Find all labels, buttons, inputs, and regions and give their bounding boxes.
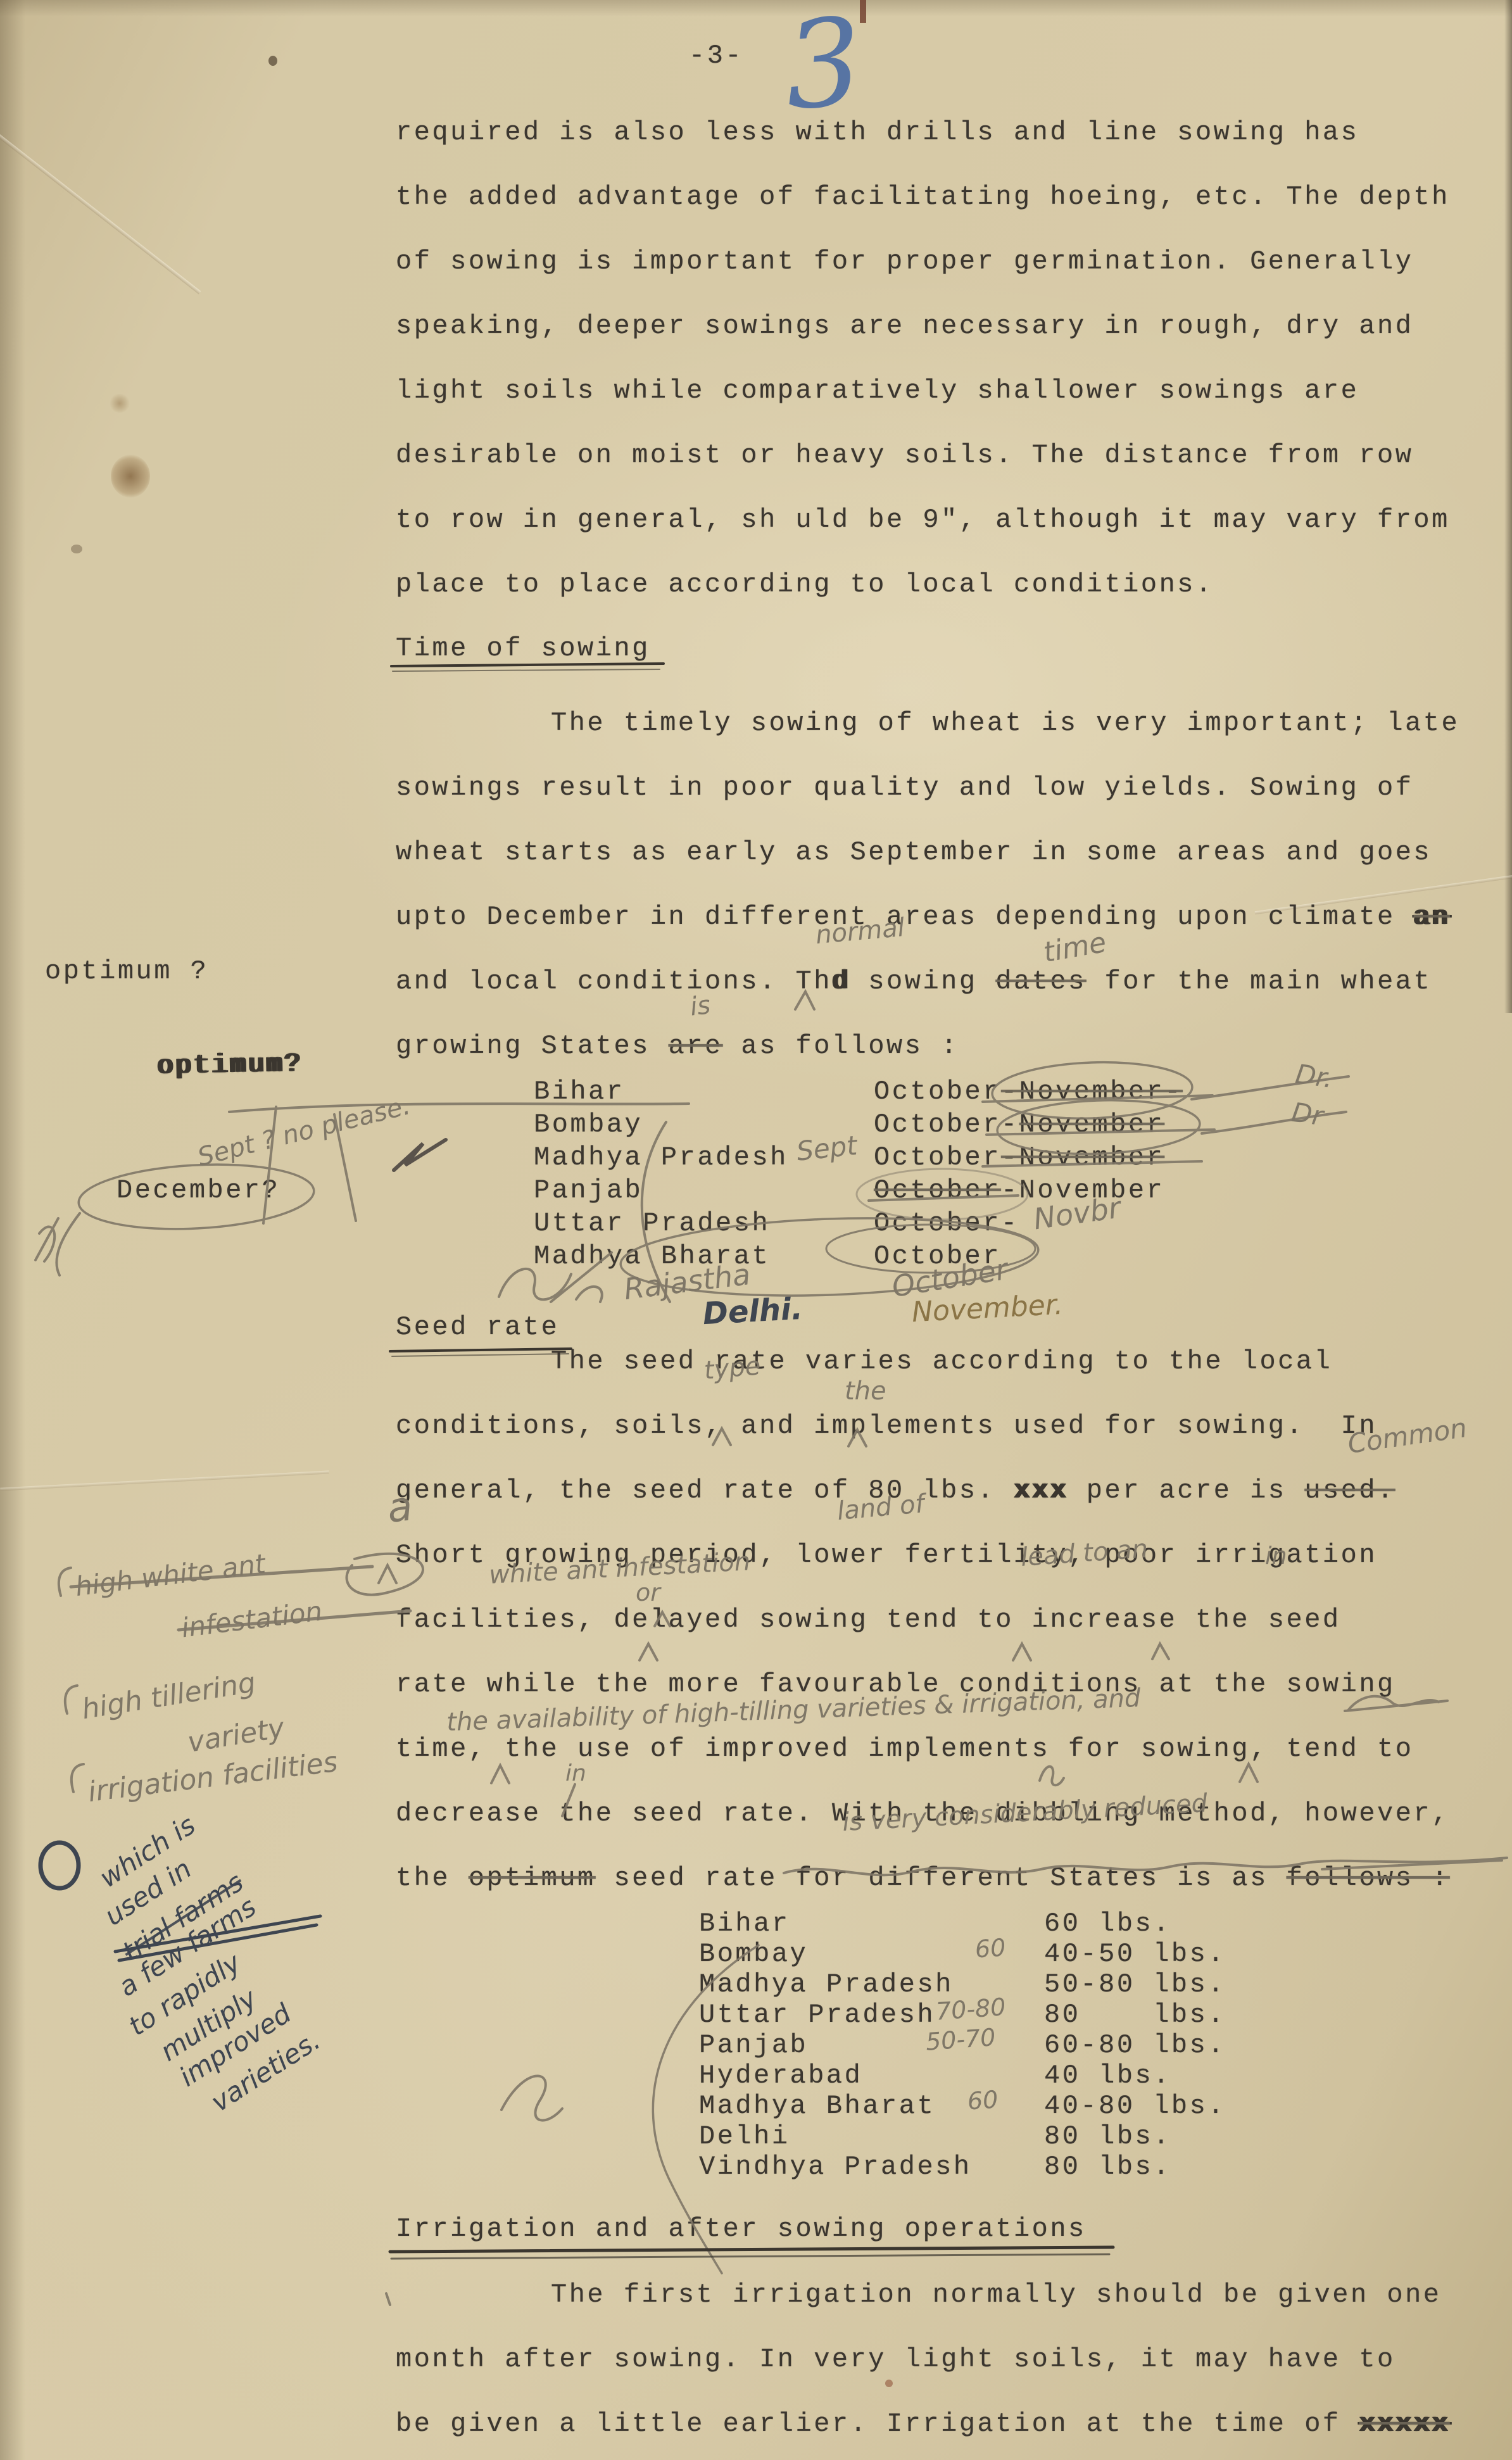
pencil-squiggle-table2 xyxy=(501,2076,562,2120)
typed-line: facilities, delayed sowing tend to incre… xyxy=(396,1605,1341,1636)
paper-stain-large xyxy=(111,455,150,498)
state-cell: Bihar xyxy=(699,1908,790,1939)
month-cell: October-November xyxy=(874,1109,1164,1140)
edge-shade-left xyxy=(0,0,25,2460)
paper-stain-small xyxy=(109,394,130,413)
pencil-arrow-m1 xyxy=(59,1568,71,1596)
typed-line: The seed rate varies according to the lo… xyxy=(551,1346,1332,1377)
pencil-dot-para4 xyxy=(386,2293,390,2305)
state-cell: Vindhya Pradesh xyxy=(699,2152,972,2182)
overtyped-letter: d xyxy=(832,966,850,997)
typed-segment: the xyxy=(396,1863,469,1893)
value-cell: 40-50 lbs. xyxy=(1044,1939,1226,1970)
typed-line: light soils while comparatively shallowe… xyxy=(396,375,1359,407)
typed-line: upto December in different areas dependi… xyxy=(396,902,1450,933)
pencil-caret-time xyxy=(491,1765,509,1783)
struck-month: October xyxy=(874,1175,1001,1206)
typed-line: desirable on moist or heavy soils. The d… xyxy=(396,440,1413,471)
handwritten-page-number: 3 xyxy=(781,0,866,130)
typed-segment: per acre is xyxy=(1068,1475,1304,1506)
state-cell: Madhya Pradesh xyxy=(534,1142,788,1173)
typed-line: The first irrigation normally should be … xyxy=(551,2280,1442,2311)
underline-seed-rate-2 xyxy=(392,1354,569,1356)
state-cell: Bombay xyxy=(534,1109,643,1140)
table2-row: Hyderabad xyxy=(699,2060,862,2091)
typed-line: sowings result in poor quality and low y… xyxy=(396,773,1413,804)
pencil-value-up: 70-80 xyxy=(935,1995,1007,2024)
pencil-value-panjab: 50-70 xyxy=(925,2025,997,2055)
value-cell: 80 lbs. xyxy=(1044,2000,1226,2031)
underline-time-of-sowing-2 xyxy=(393,669,660,671)
month-cell: October-November xyxy=(874,1142,1164,1173)
pencil-note-dr-2: Dr xyxy=(1290,1099,1325,1131)
ink-circle-margin xyxy=(41,1843,79,1888)
pencil-caret-sowing xyxy=(1240,1764,1257,1782)
pencil-tail-december xyxy=(56,1213,80,1275)
typed-line: of sowing is important for proper germin… xyxy=(396,246,1413,277)
pencil-line-bombay-dr xyxy=(1202,1112,1346,1133)
table2-row: Delhi xyxy=(699,2121,790,2152)
pencil-note-type: type xyxy=(703,1353,762,1384)
scanned-document-page: -3- 3 required is also less with drills … xyxy=(0,0,1512,2460)
typed-line: conditions, soils, and implements used f… xyxy=(396,1411,1377,1442)
state-cell: Hyderabad xyxy=(699,2060,862,2091)
paper-speck-3 xyxy=(885,2380,893,2387)
typed-segment: October xyxy=(874,1142,1001,1173)
section-heading-time-of-sowing: Time of sowing xyxy=(396,633,650,664)
typed-line: and local conditions. Thd sowing dates f… xyxy=(396,966,1432,997)
table1-row: Bihar xyxy=(534,1076,625,1107)
typed-line: to row in general, sh uld be 9", althoug… xyxy=(396,505,1450,536)
state-cell: Uttar Pradesh xyxy=(534,1208,770,1239)
pencil-note-is: is xyxy=(689,992,712,1020)
pencil-margin-irrigation-facilities: irrigation facilities xyxy=(87,1748,339,1807)
state-cell: Bombay xyxy=(699,1939,808,1969)
paper-crease-mid xyxy=(0,1470,329,1491)
pencil-note-land-of: land of xyxy=(836,1491,925,1525)
underline-irrigation-2 xyxy=(391,2254,1109,2259)
page-number: -3- xyxy=(689,41,743,72)
typed-line: wheat starts as early as September in so… xyxy=(396,837,1432,868)
typed-segment: seed rate for different States is as xyxy=(596,1863,1287,1893)
month-cell: October- xyxy=(874,1208,1019,1239)
table1-row: Panjab xyxy=(534,1175,643,1206)
pencil-margin-variety: variety xyxy=(186,1713,286,1758)
pencil-margin-high-tillering: high tillering xyxy=(80,1668,258,1725)
table2-row: Bombay xyxy=(699,1939,808,1970)
typed-line: The timely sowing of wheat is very impor… xyxy=(551,708,1459,739)
pencil-note-in-1: in xyxy=(1265,1544,1287,1569)
pencil-note-in-2: in xyxy=(565,1762,586,1786)
edge-shade-top xyxy=(0,0,1512,16)
paper-crease-topleft xyxy=(0,127,201,294)
table1-row: Uttar Pradesh xyxy=(534,1208,770,1239)
typed-segment: sowing xyxy=(850,966,996,997)
overtyped-word: xxx xyxy=(1014,1475,1068,1506)
value-cell: 50-80 lbs. xyxy=(1044,1969,1226,2000)
typed-segment: October xyxy=(874,1076,1001,1107)
table2-row: Panjab xyxy=(699,2030,808,2061)
state-cell: Panjab xyxy=(699,2030,808,2060)
paper-speck-1 xyxy=(268,56,277,66)
state-cell: Delhi xyxy=(699,2121,790,2152)
table2-row: Madhya Bharat xyxy=(699,2091,935,2122)
table1-row: Bombay xyxy=(534,1109,643,1140)
state-cell: Uttar Pradesh xyxy=(699,2000,935,2030)
typed-line: the added advantage of facilitating hoei… xyxy=(396,182,1450,213)
edge-shade-right xyxy=(1504,0,1512,1013)
table2-row: Vindhya Pradesh xyxy=(699,2152,972,2183)
typed-segment: October- xyxy=(874,1109,1019,1140)
state-cell: Bihar xyxy=(534,1076,625,1107)
pencil-margin-white-ant: high white ant xyxy=(73,1550,267,1601)
section-heading-seed-rate: Seed rate xyxy=(396,1312,559,1343)
pencil-scribble-left-margin xyxy=(35,1218,58,1261)
typed-line: required is also less with drills and li… xyxy=(396,117,1359,148)
typed-line: be given a little earlier. Irrigation at… xyxy=(396,2409,1450,2440)
pencil-caret-increase-1 xyxy=(1013,1644,1031,1660)
value-cell: 80 lbs. xyxy=(1044,2121,1171,2152)
struck-month: -November xyxy=(1001,1142,1164,1173)
table2-row: Uttar Pradesh xyxy=(699,2000,935,2031)
underline-seed-rate xyxy=(390,1349,571,1351)
struck-word-are: are xyxy=(669,1031,723,1061)
value-cell: 60-80 lbs. xyxy=(1044,2030,1226,2061)
state-cell: Panjab xyxy=(534,1175,643,1206)
typed-segment: growing States xyxy=(396,1031,669,1061)
pencil-note-sept-no-please: Sept ? no please. xyxy=(195,1092,413,1171)
table2-row: Bihar xyxy=(699,1908,790,1940)
pencil-note-sept: Sept xyxy=(795,1132,859,1166)
struck-month: November xyxy=(1019,1109,1165,1140)
typed-line: speaking, deeper sowings are necessary i… xyxy=(396,311,1413,342)
ink-note-delhi: Delhi. xyxy=(702,1293,803,1330)
overtyped-word: an xyxy=(1413,902,1449,932)
typed-line: place to place according to local condit… xyxy=(396,569,1214,600)
pencil-mark-dibbling xyxy=(1040,1767,1064,1786)
typed-line: the optimum seed rate for different Stat… xyxy=(396,1863,1450,1894)
value-cell: 80 lbs. xyxy=(1044,2152,1171,2183)
typed-segment: upto December in different areas dependi… xyxy=(396,902,1413,932)
typed-segment: October- xyxy=(874,1208,1019,1239)
pencil-note-the: the xyxy=(845,1378,886,1404)
pencil-arrow-m3 xyxy=(72,1764,84,1792)
pencil-arrow-m2 xyxy=(65,1686,77,1713)
value-cell: 40-80 lbs. xyxy=(1044,2091,1226,2122)
pencil-note-a-insert: a xyxy=(386,1485,415,1530)
overtyped-word: xxxxx xyxy=(1359,2409,1450,2439)
typed-segment: for the main wheat xyxy=(1087,966,1432,997)
struck-month: -November- xyxy=(1001,1076,1183,1107)
struck-word-used: used. xyxy=(1304,1475,1395,1506)
ink-note-november: November. xyxy=(911,1290,1064,1328)
pencil-caret-increase-2 xyxy=(1152,1644,1169,1659)
pencil-margin-infestation: infestation xyxy=(180,1598,324,1643)
typed-segment: as follows : xyxy=(723,1031,959,1061)
paper-speck-2 xyxy=(71,545,82,553)
month-cell: October-November- xyxy=(874,1076,1183,1107)
pencil-note-dr-1: Dr. xyxy=(1294,1060,1335,1093)
margin-note-optimum-overstruck: optimum? xyxy=(157,1049,303,1082)
value-cell: 60 lbs. xyxy=(1044,1908,1171,1940)
month-cell: October-November xyxy=(874,1175,1164,1206)
pencil-note-or: or xyxy=(636,1580,660,1606)
pencil-caret-short xyxy=(379,1565,396,1583)
underline-irrigation xyxy=(390,2247,1113,2252)
state-cell: Madhya Bharat xyxy=(699,2091,935,2121)
pencil-value-bombay: 60 xyxy=(974,1935,1007,1962)
typed-line: month after sowing. In very light soils,… xyxy=(396,2344,1395,2375)
struck-word-optimum: optimum xyxy=(469,1863,596,1893)
typed-segment: and local conditions. Th xyxy=(396,966,832,997)
typed-line: growing States are as follows : xyxy=(396,1031,959,1062)
table1-row: Madhya Pradesh xyxy=(534,1142,788,1173)
pencil-dark-zigzag xyxy=(394,1140,446,1170)
pencil-value-mb: 60 xyxy=(967,2087,999,2114)
pencil-note-time: time xyxy=(1042,928,1109,968)
pencil-caret-delayed xyxy=(639,1644,657,1660)
section-heading-irrigation: Irrigation and after sowing operations xyxy=(396,2214,1087,2245)
margin-note-december-question: December? xyxy=(117,1175,280,1206)
table2-row: Madhya Pradesh xyxy=(699,1969,954,2000)
typed-segment: be given a little earlier. Irrigation at… xyxy=(396,2409,1359,2439)
struck-word-dates: dates xyxy=(995,966,1087,997)
struck-word-follows: follows : xyxy=(1287,1863,1450,1893)
pencil-note-normal: normal xyxy=(814,914,905,949)
value-cell: 40 lbs. xyxy=(1044,2060,1171,2091)
margin-note-optimum-question: optimum ? xyxy=(45,956,208,987)
typed-line: time, the use of improved implements for… xyxy=(396,1734,1413,1765)
top-edge-tick xyxy=(860,0,866,23)
state-cell: Madhya Pradesh xyxy=(699,1969,954,2000)
